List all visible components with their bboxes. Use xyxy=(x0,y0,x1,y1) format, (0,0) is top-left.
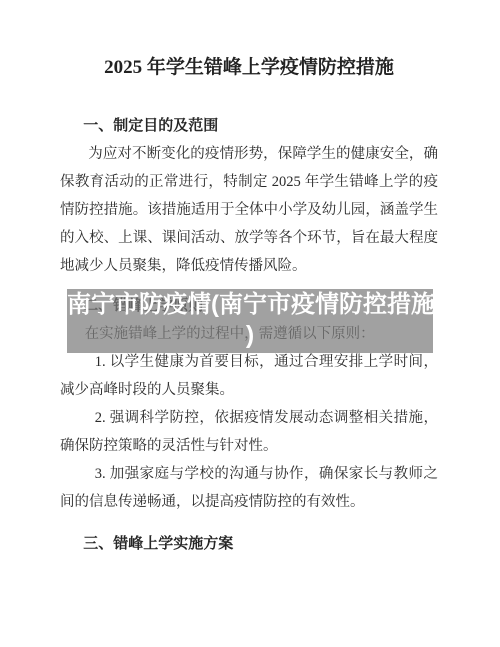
document-body: 2025 年学生错峰上学疫情防控措施 一、制定目的及范围 为应对不断变化的疫情形… xyxy=(0,0,500,558)
section-2-item-2: 2. 强调科学防控，依据疫情发展动态调整相关措施，确保防控策略的灵活性与针对性。 xyxy=(60,404,438,460)
section-3-heading: 三、错峰上学实施方案 xyxy=(60,530,438,558)
section-1-paragraph: 为应对不断变化的疫情形势，保障学生的健康安全，确保教育活动的正常进行，特制定 2… xyxy=(60,140,438,280)
document-page: 2025 年学生错峰上学疫情防控措施 一、制定目的及范围 为应对不断变化的疫情形… xyxy=(0,0,500,647)
section-2-item-3: 3. 加强家庭与学校的沟通与协作，确保家长与教师之间的信息传递畅通，以提高疫情防… xyxy=(60,460,438,516)
section-1-heading: 一、制定目的及范围 xyxy=(60,112,438,140)
document-title: 2025 年学生错峰上学疫情防控措施 xyxy=(60,50,438,86)
watermark-text-line2: ) xyxy=(67,320,433,350)
watermark-text-line1: 南宁市防疫情(南宁市疫情防控措施 xyxy=(67,289,433,320)
section-2-item-1: 1. 以学生健康为首要目标，通过合理安排上学时间，减少高峰时段的人员聚集。 xyxy=(60,348,438,404)
watermark-overlay: 南宁市防疫情(南宁市疫情防控措施 ) xyxy=(67,289,433,353)
